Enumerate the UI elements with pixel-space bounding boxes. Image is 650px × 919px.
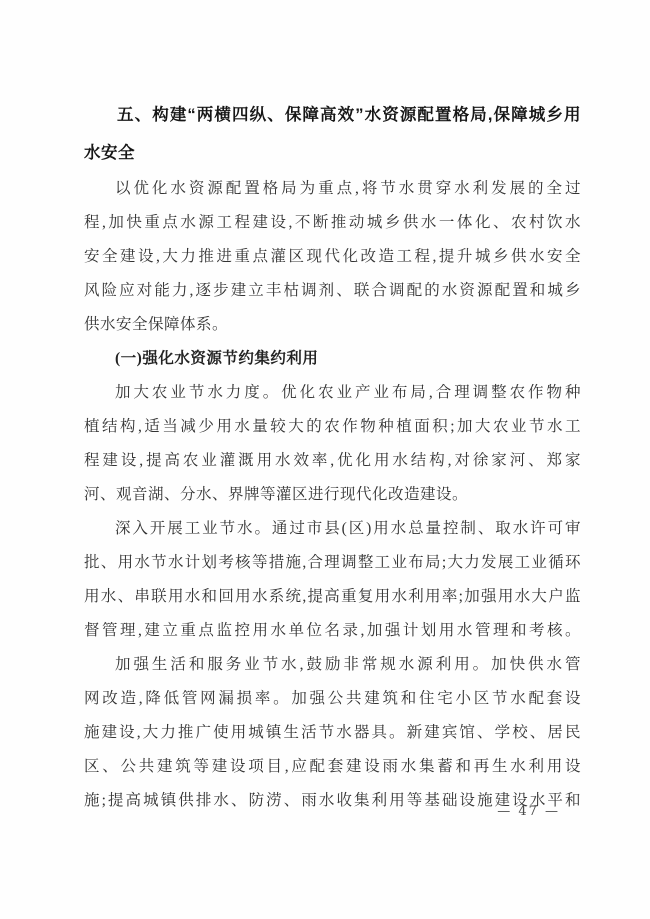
document-page: 五、构建“两横四纵、保障高效”水资源配置格局,保障城乡用 水安全 以优化水资源配… (0, 0, 650, 919)
text-line: 程,加快重点水源工程建设,不断推动城乡供水一体化、农村饮水 (84, 206, 581, 240)
page-number: — 47 — (497, 803, 560, 821)
text-line: 网改造,降低管网漏损率。加强公共建筑和住宅小区节水配套设 (84, 682, 581, 716)
paragraph-agriculture-water-saving: 加大农业节水力度。优化农业产业布局,合理调整农作物种 植结构,适当减少用水量较大… (84, 376, 581, 512)
text-line: 植结构,适当减少用水量较大的农作物种植面积;加大农业节水工 (84, 410, 581, 444)
text-line: 加强生活和服务业节水,鼓励非常规水源利用。加快供水管 (84, 648, 581, 682)
text-line: 程建设,提高农业灌溉用水效率,优化用水结构,对徐家河、郑家 (84, 444, 581, 478)
text-line: 风险应对能力,逐步建立丰枯调剂、联合调配的水资源配置和城乡 (84, 274, 581, 308)
paragraph-intro: 以优化水资源配置格局为重点,将节水贯穿水利发展的全过 程,加快重点水源工程建设,… (84, 172, 581, 342)
text-line: 河、观音湖、分水、界牌等灌区进行现代化改造建设。 (84, 478, 581, 512)
section-heading: 五、构建“两横四纵、保障高效”水资源配置格局,保障城乡用 水安全 (84, 96, 581, 172)
text-line: 用水、串联用水和回用水系统,提高重复用水利用率;加强用水大户监 (84, 580, 581, 614)
text-line: 深入开展工业节水。通过市县(区)用水总量控制、取水许可审 (84, 512, 581, 546)
paragraph-domestic-service-water-saving: 加强生活和服务业节水,鼓励非常规水源利用。加快供水管 网改造,降低管网漏损率。加… (84, 648, 581, 818)
text-line: 供水安全保障体系。 (84, 308, 581, 342)
text-line: 施建设,大力推广使用城镇生活节水器具。新建宾馆、学校、居民 (84, 716, 581, 750)
subsection-heading-line: (一)强化水资源节约集约利用 (84, 342, 581, 376)
heading-line: 五、构建“两横四纵、保障高效”水资源配置格局,保障城乡用 (84, 96, 581, 134)
subsection-heading: (一)强化水资源节约集约利用 (84, 342, 581, 376)
text-column: 五、构建“两横四纵、保障高效”水资源配置格局,保障城乡用 水安全 以优化水资源配… (84, 96, 581, 818)
text-line: 以优化水资源配置格局为重点,将节水贯穿水利发展的全过 (84, 172, 581, 206)
paragraph-industrial-water-saving: 深入开展工业节水。通过市县(区)用水总量控制、取水许可审 批、用水节水计划考核等… (84, 512, 581, 648)
text-line: 安全建设,大力推进重点灌区现代化改造工程,提升城乡供水安全 (84, 240, 581, 274)
text-line: 督管理,建立重点监控用水单位名录,加强计划用水管理和考核。 (84, 614, 581, 648)
text-line: 批、用水节水计划考核等措施,合理调整工业布局;大力发展工业循环 (84, 546, 581, 580)
heading-line: 水安全 (84, 134, 581, 172)
text-line: 区、公共建筑等建设项目,应配套建设雨水集蓄和再生水利用设 (84, 750, 581, 784)
text-line: 加大农业节水力度。优化农业产业布局,合理调整农作物种 (84, 376, 581, 410)
